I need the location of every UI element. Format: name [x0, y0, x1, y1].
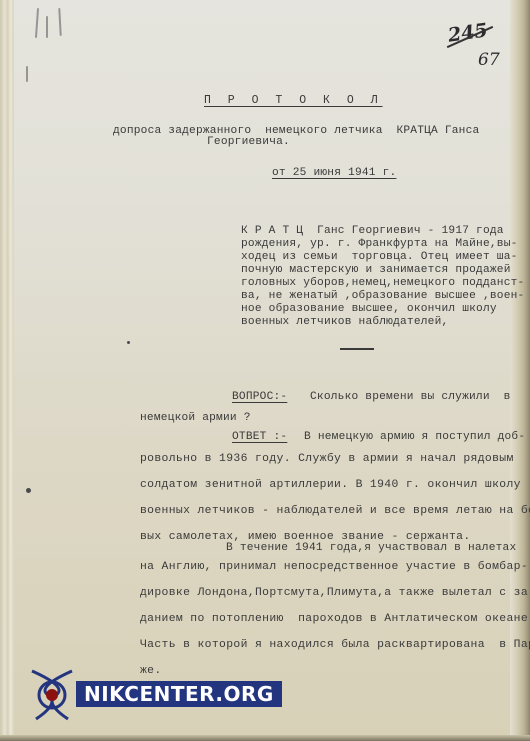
nikcenter-watermark[interactable]: NIKCENTER.ORG — [28, 667, 318, 723]
question-label: ВОПРОС:- — [232, 391, 287, 404]
bio-line: ходец из семьи торговца. Отец имеет ша- — [241, 251, 524, 264]
answer-line: на Англию, принимал непосредственное уча… — [140, 554, 530, 580]
answer-line: Часть в которой я находился была расквар… — [140, 632, 530, 658]
paper-speck — [127, 341, 130, 344]
margin-mark — [46, 16, 48, 38]
page-bottom-edge — [0, 735, 530, 741]
bio-line: почную мастерскую и занимается продажей — [241, 264, 524, 277]
margin-mark — [58, 8, 61, 36]
answer-line: дировке Лондона,Портсмута,Плимута,а такж… — [140, 580, 530, 606]
binding-edge — [0, 0, 14, 741]
bio-line: ва, не женатый ,образование высшее ,воен… — [241, 290, 524, 303]
margin-mark — [35, 8, 39, 38]
answer-line: данием по потоплению пароходов в Антлати… — [140, 606, 530, 632]
document-title: П Р О Т О К О Л — [204, 94, 383, 107]
answer-paragraph2: на Англию, принимал непосредственное уча… — [140, 554, 530, 684]
document-date: от 25 июня 1941 г. — [272, 167, 396, 180]
bio-line: ное образование высшее, окончил школу — [241, 303, 524, 316]
sheet-number-new: 67 — [478, 50, 500, 70]
answer-label: ОТВЕТ :- — [232, 431, 287, 444]
answer-paragraph: ровольно в 1936 году. Службу в армии я н… — [140, 446, 530, 550]
binder-hole — [26, 488, 31, 493]
bio-block: К Р А Т Ц Ганс Георгиевич - 1917 года ро… — [241, 225, 524, 329]
bio-line: головных уборов,немец,немецкого подданст… — [241, 277, 524, 290]
margin-mark — [26, 66, 28, 82]
answer-line: военных летчиков - наблюдателей и все вр… — [140, 498, 530, 524]
nikcenter-logo-icon — [28, 667, 78, 723]
answer-first-line: В немецкую армию я поступил доб- — [304, 431, 525, 444]
question-text: Сколько времени вы служили в — [310, 391, 511, 404]
document-page: 245 67 П Р О Т О К О Л допроса задержанн… — [0, 0, 530, 741]
bio-line: К Р А Т Ц Ганс Георгиевич - 1917 года — [241, 225, 524, 238]
bio-line: военных летчиков наблюдателей, — [241, 316, 524, 329]
nikcenter-logo-text: NIKCENTER.ORG — [76, 681, 282, 707]
question-text-cont: немецкой армии ? — [140, 412, 251, 425]
section-divider — [340, 348, 374, 350]
document-subtitle-cont: Георгиевича. — [207, 136, 290, 149]
answer-line: ровольно в 1936 году. Службу в армии я н… — [140, 446, 530, 472]
document-subtitle: допроса задержанного немецкого летчика К… — [113, 125, 479, 138]
bio-line: рождения, ур. г. Франкфурта на Майне,вы- — [241, 238, 524, 251]
answer-line: солдатом зенитной артиллерии. В 1940 г. … — [140, 472, 530, 498]
